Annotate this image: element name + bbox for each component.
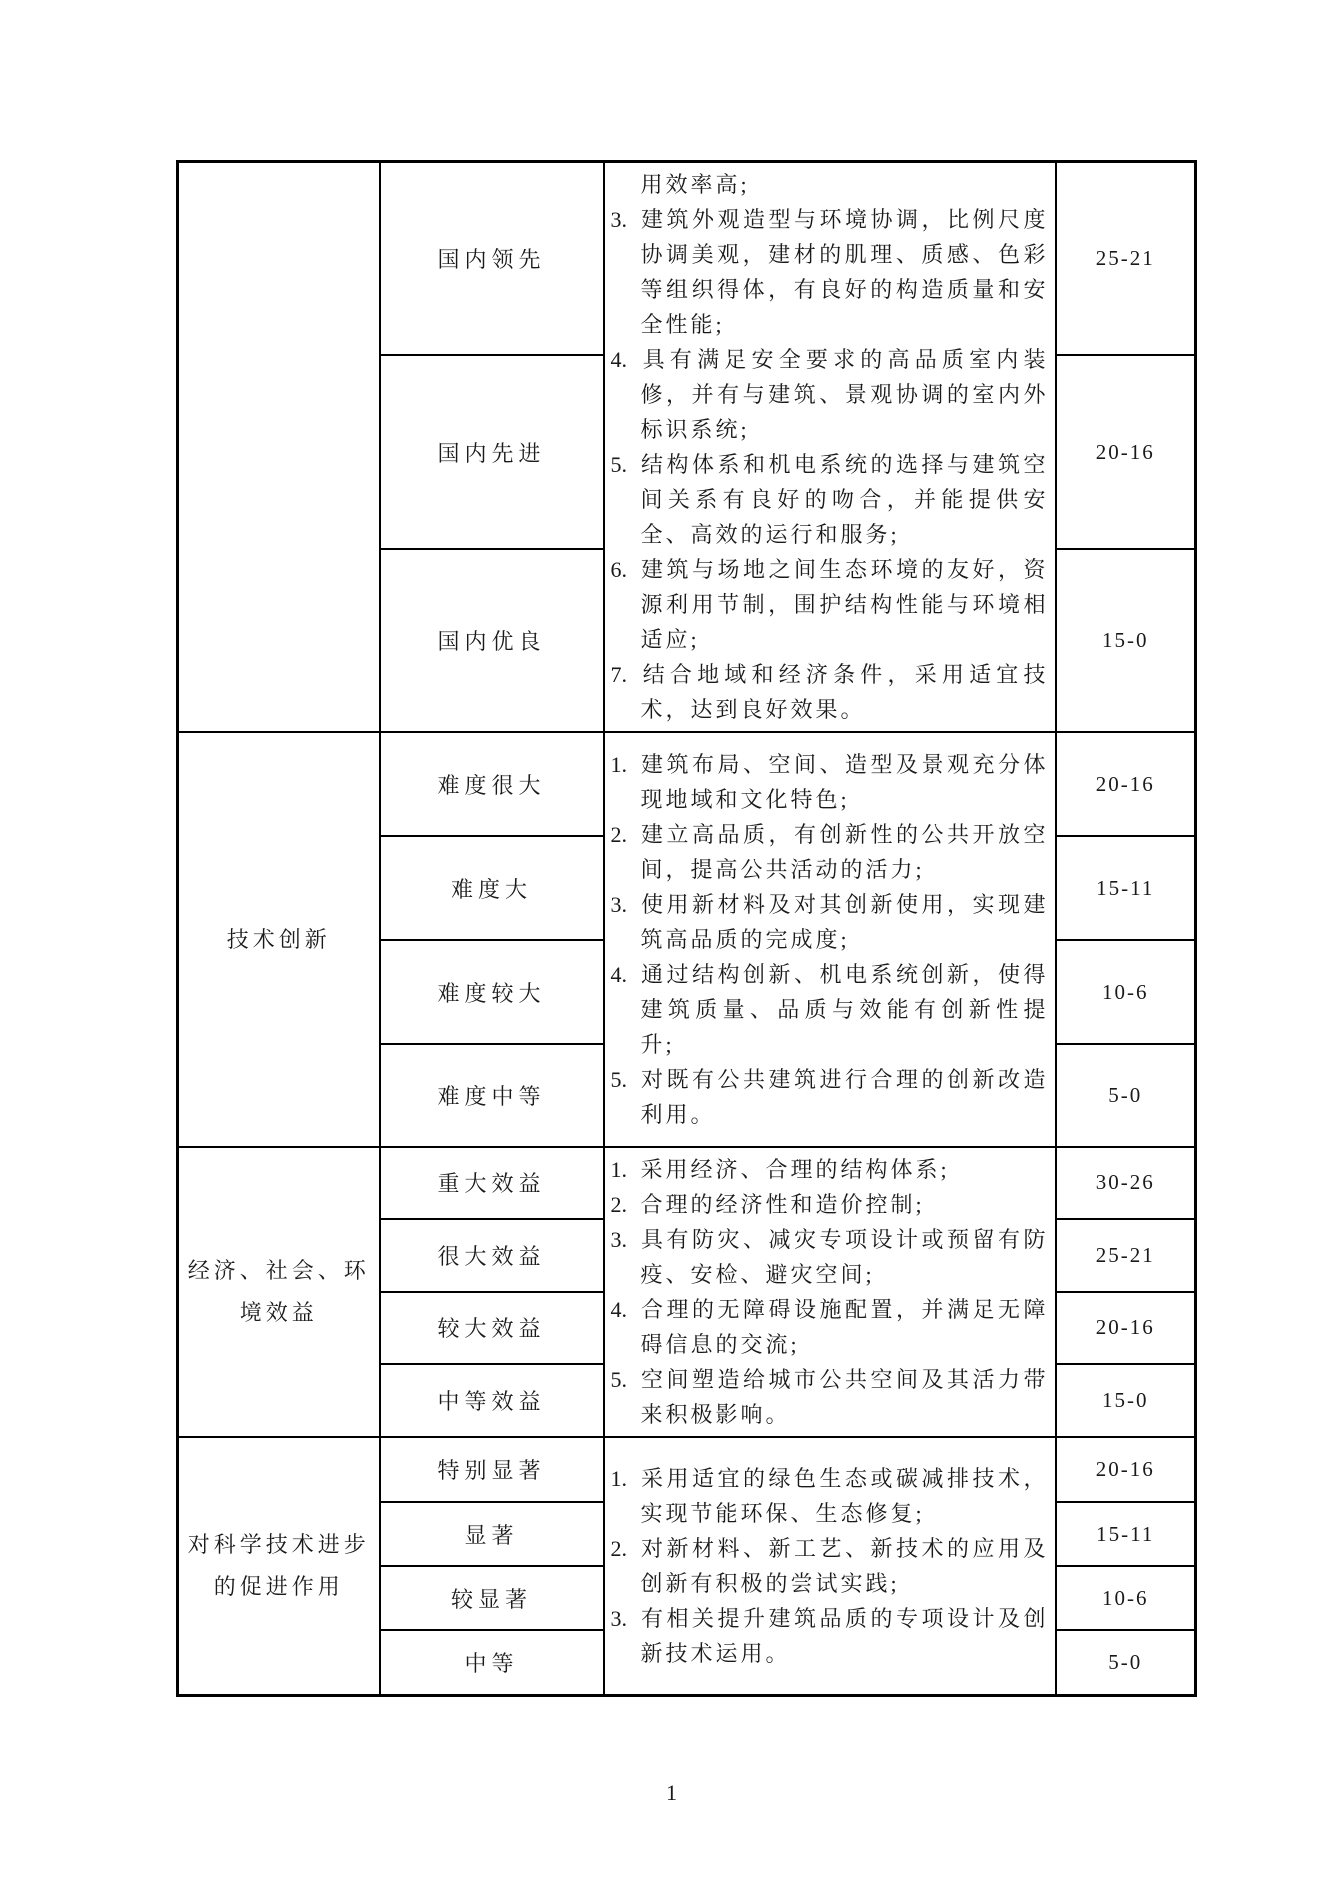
- criteria-item-text: 通过结构创新、机电系统创新，使得建筑质量、品质与效能有创新性提升;: [641, 962, 1049, 1057]
- criteria-item: 5.结构体系和机电系统的选择与建筑空间关系有良好的吻合，并能提供安全、高效的运行…: [611, 447, 1049, 552]
- score-cell: 30-26: [1056, 1147, 1196, 1219]
- category-cell: 经济、社会、环境效益: [178, 1147, 380, 1437]
- criteria-item-number: 4.: [611, 957, 641, 992]
- criteria-item-text: 对既有公共建筑进行合理的创新改造利用。: [641, 1067, 1049, 1127]
- level-cell: 较大效益: [380, 1292, 604, 1364]
- criteria-item: 1.建筑布局、空间、造型及景观充分体现地域和文化特色;: [611, 747, 1049, 817]
- table-row: 技术创新 难度很大 1.建筑布局、空间、造型及景观充分体现地域和文化特色; 2.…: [178, 732, 1196, 836]
- criteria-item-number: 3.: [611, 887, 641, 922]
- table-row: 国内领先 用效率高; 3.建筑外观造型与环境协调，比例尺度协调美观，建材的肌理、…: [178, 162, 1196, 356]
- score-cell: 20-16: [1056, 732, 1196, 836]
- criteria-item: 5.空间塑造给城市公共空间及其活力带来积极影响。: [611, 1362, 1049, 1432]
- criteria-item-text: 具有满足安全要求的高品质室内装修，并有与建筑、景观协调的室内外标识系统;: [641, 347, 1049, 442]
- level-cell: 中等效益: [380, 1364, 604, 1437]
- score-cell: 25-21: [1056, 162, 1196, 356]
- criteria-item-number: 3.: [611, 1222, 641, 1257]
- level-cell: 国内领先: [380, 162, 604, 356]
- criteria-item: 3.有相关提升建筑品质的专项设计及创新技术运用。: [611, 1601, 1049, 1671]
- table-row: 对科学技术进步的促进作用 特别显著 1.采用适宜的绿色生态或碳减排技术，实现节能…: [178, 1437, 1196, 1502]
- criteria-item: 4.通过结构创新、机电系统创新，使得建筑质量、品质与效能有创新性提升;: [611, 957, 1049, 1062]
- criteria-item-number: 4.: [611, 1292, 641, 1327]
- criteria-item-number: 2.: [611, 1187, 641, 1222]
- criteria-item-number: 3.: [611, 1601, 641, 1636]
- category-cell: 技术创新: [178, 732, 380, 1147]
- criteria-item-text: 空间塑造给城市公共空间及其活力带来积极影响。: [641, 1367, 1049, 1427]
- criteria-cell: 1.采用经济、合理的结构体系; 2.合理的经济性和造价控制; 3.具有防灾、减灾…: [604, 1147, 1056, 1437]
- criteria-item-text: 建筑布局、空间、造型及景观充分体现地域和文化特色;: [641, 752, 1049, 812]
- criteria-item-number: 1.: [611, 1461, 641, 1496]
- score-cell: 15-11: [1056, 836, 1196, 940]
- level-cell: 难度较大: [380, 940, 604, 1044]
- level-cell: 国内优良: [380, 549, 604, 732]
- category-cell: 对科学技术进步的促进作用: [178, 1437, 380, 1695]
- criteria-item-number: 7.: [611, 657, 641, 692]
- page-number: 1: [0, 1780, 1343, 1806]
- criteria-item-text: 合理的无障碍设施配置，并满足无障碍信息的交流;: [641, 1297, 1049, 1357]
- level-cell: 显著: [380, 1502, 604, 1566]
- evaluation-table: 国内领先 用效率高; 3.建筑外观造型与环境协调，比例尺度协调美观，建材的肌理、…: [176, 160, 1197, 1697]
- score-cell: 5-0: [1056, 1630, 1196, 1695]
- criteria-item: 3.建筑外观造型与环境协调，比例尺度协调美观，建材的肌理、质感、色彩等组织得体，…: [611, 202, 1049, 342]
- criteria-item: 3.使用新材料及对其创新使用，实现建筑高品质的完成度;: [611, 887, 1049, 957]
- criteria-item-text: 合理的经济性和造价控制;: [641, 1192, 925, 1217]
- score-cell: 20-16: [1056, 355, 1196, 549]
- criteria-item: 4.合理的无障碍设施配置，并满足无障碍信息的交流;: [611, 1292, 1049, 1362]
- level-cell: 特别显著: [380, 1437, 604, 1502]
- score-cell: 15-0: [1056, 549, 1196, 732]
- category-cell: [178, 162, 380, 733]
- criteria-item-number: 3.: [611, 202, 641, 237]
- criteria-item: 2.合理的经济性和造价控制;: [611, 1187, 1049, 1222]
- score-cell: 10-6: [1056, 940, 1196, 1044]
- level-cell: 较显著: [380, 1566, 604, 1630]
- table-row: 经济、社会、环境效益 重大效益 1.采用经济、合理的结构体系; 2.合理的经济性…: [178, 1147, 1196, 1219]
- criteria-cell: 1.采用适宜的绿色生态或碳减排技术，实现节能环保、生态修复; 2.对新材料、新工…: [604, 1437, 1056, 1695]
- criteria-item-text: 有相关提升建筑品质的专项设计及创新技术运用。: [641, 1606, 1049, 1666]
- criteria-item-text: 建立高品质，有创新性的公共开放空间，提高公共活动的活力;: [641, 822, 1049, 882]
- criteria-item-number: 1.: [611, 747, 641, 782]
- criteria-item: 用效率高;: [611, 167, 1049, 202]
- score-cell: 15-11: [1056, 1502, 1196, 1566]
- criteria-item: 7.结合地域和经济条件，采用适宜技术，达到良好效果。: [611, 657, 1049, 727]
- criteria-item-number: 4.: [611, 342, 641, 377]
- criteria-item-text: 对新材料、新工艺、新技术的应用及创新有积极的尝试实践;: [641, 1536, 1049, 1596]
- criteria-item-number: 5.: [611, 447, 641, 482]
- criteria-item: 4.具有满足安全要求的高品质室内装修，并有与建筑、景观协调的室内外标识系统;: [611, 342, 1049, 447]
- score-cell: 5-0: [1056, 1044, 1196, 1147]
- score-cell: 10-6: [1056, 1566, 1196, 1630]
- criteria-item-number: 2.: [611, 1531, 641, 1566]
- criteria-item-text: 使用新材料及对其创新使用，实现建筑高品质的完成度;: [641, 892, 1049, 952]
- level-cell: 难度很大: [380, 732, 604, 836]
- criteria-item: 5.对既有公共建筑进行合理的创新改造利用。: [611, 1062, 1049, 1132]
- criteria-item-number: 5.: [611, 1362, 641, 1397]
- level-cell: 中等: [380, 1630, 604, 1695]
- criteria-item-number: 5.: [611, 1062, 641, 1097]
- score-cell: 15-0: [1056, 1364, 1196, 1437]
- criteria-item: 2.建立高品质，有创新性的公共开放空间，提高公共活动的活力;: [611, 817, 1049, 887]
- criteria-item-number: 2.: [611, 817, 641, 852]
- level-cell: 国内先进: [380, 355, 604, 549]
- score-cell: 20-16: [1056, 1437, 1196, 1502]
- level-cell: 很大效益: [380, 1219, 604, 1292]
- criteria-cell: 1.建筑布局、空间、造型及景观充分体现地域和文化特色; 2.建立高品质，有创新性…: [604, 732, 1056, 1147]
- score-cell: 20-16: [1056, 1292, 1196, 1364]
- criteria-item: 1.采用适宜的绿色生态或碳减排技术，实现节能环保、生态修复;: [611, 1461, 1049, 1531]
- criteria-item-text: 具有防灾、减灾专项设计或预留有防疫、安检、避灾空间;: [641, 1227, 1049, 1287]
- score-cell: 25-21: [1056, 1219, 1196, 1292]
- criteria-item: 6.建筑与场地之间生态环境的友好，资源利用节制，围护结构性能与环境相适应;: [611, 552, 1049, 657]
- criteria-item-text: 建筑与场地之间生态环境的友好，资源利用节制，围护结构性能与环境相适应;: [641, 557, 1049, 652]
- criteria-item-text: 用效率高;: [641, 172, 750, 197]
- level-cell: 难度大: [380, 836, 604, 940]
- criteria-item-text: 采用适宜的绿色生态或碳减排技术，实现节能环保、生态修复;: [641, 1466, 1049, 1526]
- criteria-item-number: 6.: [611, 552, 641, 587]
- criteria-item: 3.具有防灾、减灾专项设计或预留有防疫、安检、避灾空间;: [611, 1222, 1049, 1292]
- level-cell: 重大效益: [380, 1147, 604, 1219]
- criteria-item-text: 建筑外观造型与环境协调，比例尺度协调美观，建材的肌理、质感、色彩等组织得体，有良…: [641, 207, 1049, 337]
- criteria-item: 1.采用经济、合理的结构体系;: [611, 1152, 1049, 1187]
- criteria-item: 2.对新材料、新工艺、新技术的应用及创新有积极的尝试实践;: [611, 1531, 1049, 1601]
- criteria-cell: 用效率高; 3.建筑外观造型与环境协调，比例尺度协调美观，建材的肌理、质感、色彩…: [604, 162, 1056, 733]
- criteria-item-text: 结构体系和机电系统的选择与建筑空间关系有良好的吻合，并能提供安全、高效的运行和服…: [641, 452, 1049, 547]
- criteria-item-number: 1.: [611, 1152, 641, 1187]
- criteria-item-text: 结合地域和经济条件，采用适宜技术，达到良好效果。: [641, 662, 1049, 722]
- level-cell: 难度中等: [380, 1044, 604, 1147]
- criteria-item-text: 采用经济、合理的结构体系;: [641, 1157, 950, 1182]
